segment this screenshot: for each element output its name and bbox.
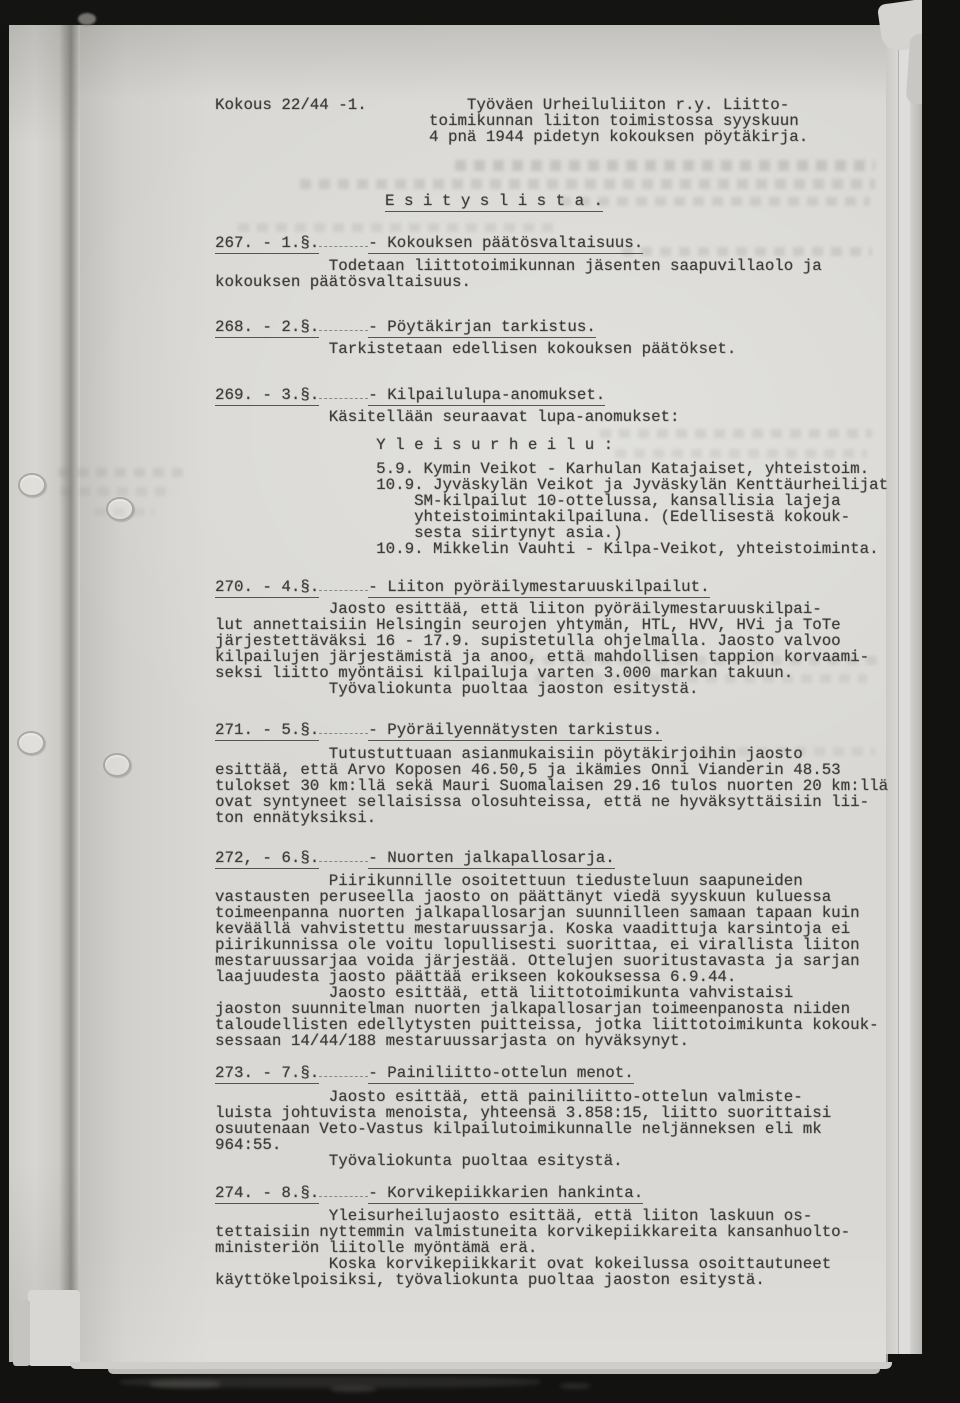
body-line: käyttökelpoisiksi, työvaliokunta puoltaa…: [215, 1272, 850, 1288]
body-line: jaoston suunnitelman nuorten jalkapallos…: [215, 1001, 879, 1017]
body-line: sessaan 14/44/188 mestaruussarjasta on h…: [215, 1033, 879, 1049]
underline-gap: [319, 385, 368, 399]
section-heading: - Pöytäkirjan tarkistus.: [368, 318, 596, 338]
underline-gap: [319, 848, 368, 862]
section-body-block: Yleisurheilujaosto esittää, että liiton …: [215, 1208, 850, 1288]
body-line: Käsitellään seuraavat lupa-anomukset:: [215, 409, 680, 425]
section-number: 267. - 1.§.: [215, 234, 319, 254]
body-line: Jaosto esittää, että liiton pyöräilymest…: [215, 601, 869, 617]
body-line: Koska korvikepiikkarit ovat kokeilussa o…: [215, 1256, 850, 1272]
underline-gap: [319, 720, 368, 734]
body-line: Työvaliokunta puoltaa esitystä.: [215, 1153, 831, 1169]
smudge: [150, 1380, 220, 1388]
typewritten-text-layer: Kokous 22/44 -1. Työväen Urheiluliiton r…: [0, 0, 960, 1403]
section-heading: - Korvikepiikkarien hankinta.: [368, 1184, 643, 1204]
section-number: 272, - 6.§.: [215, 849, 319, 869]
body-line: kokouksen päätösvaltaisuus.: [215, 274, 822, 290]
body-line: yhteistoimintakilpailuna. (Edellisestä k…: [215, 509, 888, 525]
record-header-line: toimikunnan liiton toimistossa syyskuun: [429, 113, 808, 129]
record-header-line: 4 pnä 1944 pidetyn kokouksen pöytäkirja.: [429, 129, 808, 145]
agenda-section-header: 269. - 3.§.- Kilpailulupa-anomukset.: [215, 385, 605, 403]
body-line: seksi liitto myöntäisi kilpailuja varten…: [215, 665, 869, 681]
section-number: 270. - 4.§.: [215, 578, 319, 598]
body-line: tettaisiin nyttemmin valmistuneita korvi…: [215, 1224, 850, 1240]
body-line: Piirikunnille osoitettuun tiedusteluun s…: [215, 873, 879, 889]
body-line: laajuudesta jaosto päättää erikseen koko…: [215, 969, 879, 985]
section-body-block: Tarkistetaan edellisen kokouksen päätöks…: [215, 341, 736, 357]
body-line: 964:55.: [215, 1137, 831, 1153]
section-body-block: Y l e i s u r h e i l u :: [215, 437, 613, 453]
body-line: lut annettaisiin Helsingin seurojen yhty…: [215, 617, 869, 633]
body-line: mestaruussarjaa voida järjestää. Otteluj…: [215, 953, 879, 969]
body-line: järjestettäväksi 16 - 17.9. supistetulla…: [215, 633, 869, 649]
body-line: piirikunnissa ole voitu lopullisesti suo…: [215, 937, 879, 953]
body-line: Tarkistetaan edellisen kokouksen päätöks…: [215, 341, 736, 357]
body-line: esittää, että Arvo Koposen 46.50,5 ja ik…: [215, 762, 888, 778]
section-number: 271. - 5.§.: [215, 721, 319, 741]
section-number: 274. - 8.§.: [215, 1184, 319, 1204]
body-line: luista johtuvista menoista, yhteensä 3.8…: [215, 1105, 831, 1121]
section-heading: - Kilpailulupa-anomukset.: [368, 386, 605, 406]
section-number: 273. - 7.§.: [215, 1064, 319, 1084]
section-body-block: Piirikunnille osoitettuun tiedusteluun s…: [215, 873, 879, 1049]
body-line: kilpailujen järjestämistä ja anoo, että …: [215, 649, 869, 665]
section-body-block: 5.9. Kymin Veikot - Karhulan Katajaiset,…: [215, 461, 888, 557]
section-body-block: Tutustuttuaan asianmukaisiin pöytäkirjoi…: [215, 746, 888, 826]
body-line: 5.9. Kymin Veikot - Karhulan Katajaiset,…: [215, 461, 888, 477]
agenda-title: E s i t y s l i s t a .: [385, 193, 603, 209]
body-line: vastausten peruseella jaosto on päättäny…: [215, 889, 879, 905]
body-line: Työvaliokunta puoltaa jaoston esitystä.: [215, 681, 869, 697]
body-line: taloudellisten edellytysten puitteissa, …: [215, 1017, 879, 1033]
section-heading: - Liiton pyöräilymestaruuskilpailut.: [368, 578, 709, 598]
section-heading: - Painiliitto-ottelun menot.: [368, 1064, 633, 1084]
smudge: [330, 1386, 376, 1392]
meeting-number: Kokous 22/44 -1.: [215, 97, 367, 113]
body-line: sesta siirtynyt asia.): [215, 525, 888, 541]
record-header-line: Työväen Urheiluliiton r.y. Liitto-: [429, 97, 808, 113]
section-number: 268. - 2.§.: [215, 318, 319, 338]
section-heading: - Nuorten jalkapallosarja.: [368, 849, 614, 869]
body-line: 10.9. Mikkelin Vauhti - Kilpa-Veikot, yh…: [215, 541, 888, 557]
agenda-section-header: 272, - 6.§.- Nuorten jalkapallosarja.: [215, 848, 615, 866]
section-heading: - Pyöräilyennätysten tarkistus.: [368, 721, 662, 741]
scanned-photo: Kokous 22/44 -1. Työväen Urheiluliiton r…: [0, 0, 960, 1403]
agenda-section-header: 271. - 5.§.- Pyöräilyennätysten tarkistu…: [215, 720, 662, 738]
body-line: toimeenpanna nuorten jalkapallosarjan su…: [215, 905, 879, 921]
body-line: keväällä vahvistettu mestaruussarja. Kos…: [215, 921, 879, 937]
body-line: ministeriön liitolle myöntämä erä.: [215, 1240, 850, 1256]
smudge: [560, 1383, 590, 1389]
underline-gap: [319, 577, 368, 591]
section-body-block: Jaosto esittää, että painiliitto-ottelun…: [215, 1089, 831, 1169]
record-header: Työväen Urheiluliiton r.y. Liitto-toimik…: [429, 97, 808, 145]
section-body-block: Jaosto esittää, että liiton pyöräilymest…: [215, 601, 869, 697]
body-line: ton ennätyksiksi.: [215, 810, 888, 826]
agenda-section-header: 267. - 1.§.- Kokouksen päätösvaltaisuus.: [215, 233, 643, 251]
agenda-section-header: 274. - 8.§.- Korvikepiikkarien hankinta.: [215, 1183, 643, 1201]
agenda-title-text: E s i t y s l i s t a .: [385, 192, 603, 212]
section-body-block: Käsitellään seuraavat lupa-anomukset:: [215, 409, 680, 425]
underline-gap: [319, 1183, 368, 1197]
underline-gap: [319, 1063, 368, 1077]
body-line: tulokset 30 km:llä sekä Mauri Suomalaise…: [215, 778, 888, 794]
underline-gap: [319, 233, 368, 247]
section-body-block: Todetaan liittotoimikunnan jäsenten saap…: [215, 258, 822, 290]
agenda-section-header: 268. - 2.§.- Pöytäkirjan tarkistus.: [215, 317, 596, 335]
agenda-section-header: 273. - 7.§.- Painiliitto-ottelun menot.: [215, 1063, 634, 1081]
body-line: Jaosto esittää, että liittotoimikunta va…: [215, 985, 879, 1001]
section-number: 269. - 3.§.: [215, 386, 319, 406]
body-line: Yleisurheilujaosto esittää, että liiton …: [215, 1208, 850, 1224]
underline-gap: [319, 317, 368, 331]
body-line: Jaosto esittää, että painiliitto-ottelun…: [215, 1089, 831, 1105]
section-heading: - Kokouksen päätösvaltaisuus.: [368, 234, 643, 254]
body-line: SM-kilpailut 10-ottelussa, kansallisia l…: [215, 493, 888, 509]
body-line: osuutenaan Veto-Vastus kilpailutoimikunn…: [215, 1121, 831, 1137]
body-line: Y l e i s u r h e i l u :: [215, 437, 613, 453]
agenda-section-header: 270. - 4.§.- Liiton pyöräilymestaruuskil…: [215, 577, 710, 595]
body-line: 10.9. Jyväskylän Veikot ja Jyväskylän Ke…: [215, 477, 888, 493]
body-line: Tutustuttuaan asianmukaisiin pöytäkirjoi…: [215, 746, 888, 762]
body-line: Todetaan liittotoimikunnan jäsenten saap…: [215, 258, 822, 274]
body-line: ovat syntyneet sellaisissa olosuhteissa,…: [215, 794, 888, 810]
